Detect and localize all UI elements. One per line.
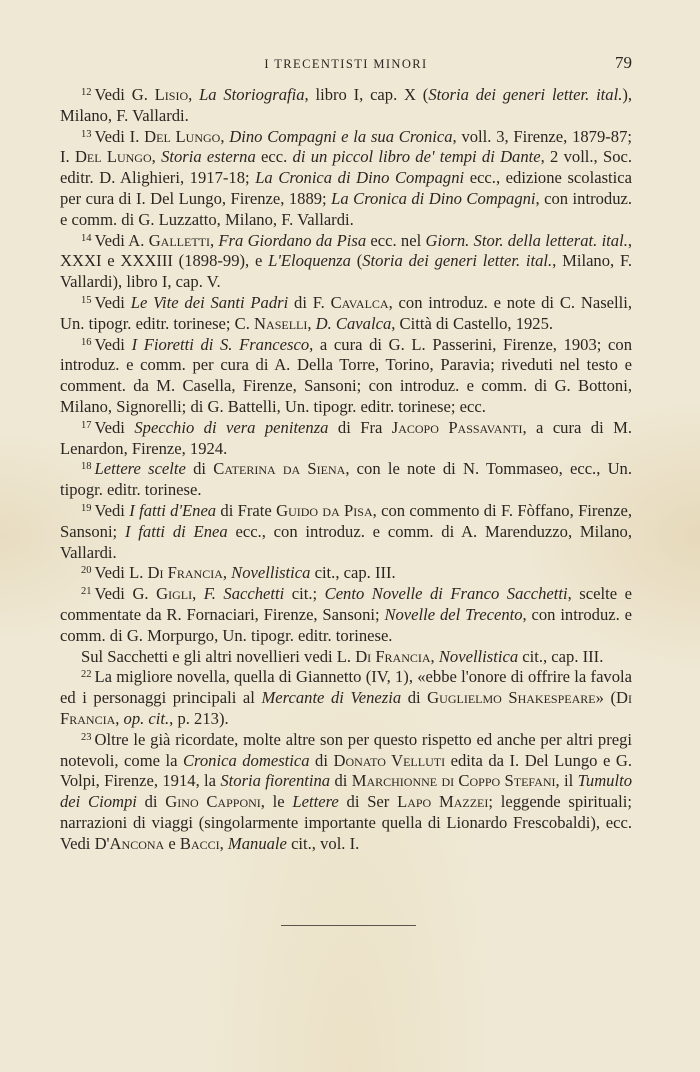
footnote-number: 13 [81, 129, 92, 140]
footnote-22: 22La migliore novella, quella di Giannet… [60, 667, 632, 729]
italic-title: Dino Compagni e la sua Cronica [229, 127, 452, 146]
footnote-number: 14 [81, 233, 92, 244]
author-name: Guglielmo Shakespeare [427, 688, 595, 707]
italic-title: Storia dei generi letter. ital. [362, 251, 552, 270]
italic-title: Storia fiorentina [220, 771, 330, 790]
text-run: , le [261, 792, 293, 811]
text-run: di [137, 792, 165, 811]
footnote-12: 12Vedi G. Lisio, La Storiografia, libro … [60, 85, 632, 127]
footnote-number: 12 [81, 87, 92, 98]
author-name: Ancona [110, 834, 165, 853]
italic-title: Storia dei generi letter. ital. [428, 85, 622, 104]
italic-title: op. cit. [124, 709, 170, 728]
text-run: di [401, 688, 427, 707]
italic-title: Novelle del Trecento [384, 605, 522, 624]
author-name: Naselli [254, 314, 307, 333]
italic-title: Cronica domestica [183, 751, 310, 770]
text-run: di Fra [328, 418, 391, 437]
italic-title: I fatti di Enea [125, 522, 228, 541]
text-run: di [330, 771, 352, 790]
text-run: , [188, 85, 199, 104]
footnote-number: 18 [81, 461, 92, 472]
text-run: , [115, 709, 123, 728]
footnote-number: 21 [81, 586, 92, 597]
footnotes: 12Vedi G. Lisio, La Storiografia, libro … [60, 85, 632, 854]
italic-title: Le Vite dei Santi Padri [131, 293, 289, 312]
italic-title: di un piccol libro de' tempi di Dante [293, 147, 541, 166]
italic-title: F. Sacchetti [204, 584, 284, 603]
italic-title: Specchio di vera penitenza [134, 418, 328, 437]
text-run: cit.; [284, 584, 324, 603]
text-run: , p. 213). [169, 709, 228, 728]
text-run: cit., cap. III. [310, 563, 395, 582]
text-run: Vedi [95, 293, 131, 312]
text-run: ( [351, 251, 362, 270]
footnote-number: 17 [81, 420, 92, 431]
page-number: 79 [615, 53, 632, 73]
text-run: , [152, 147, 161, 166]
text-run: , Città di Castello, 1925. [391, 314, 553, 333]
author-name: Galletti [149, 231, 210, 250]
italic-title: D. Cavalca [316, 314, 392, 333]
footnote-14: 14Vedi A. Galletti, Fra Giordano da Pisa… [60, 231, 632, 293]
author-name: Caterina da Siena [213, 459, 345, 478]
text-run: e [164, 834, 180, 853]
text-run: Vedi L. [95, 563, 148, 582]
footnote-number: 16 [81, 337, 92, 348]
italic-title: I fatti d'Enea [129, 501, 216, 520]
footnote-number: 23 [81, 732, 92, 743]
text-run: » ( [596, 688, 616, 707]
author-name: Donato Velluti [333, 751, 445, 770]
text-run: , [192, 584, 204, 603]
footnote-21: 21Vedi G. Gigli, F. Sacchetti cit.; Cent… [60, 584, 632, 646]
italic-title: Lettere scelte [95, 459, 186, 478]
italic-title: La Cronica di Dino Compagni [255, 168, 464, 187]
footnote-19: 19Vedi I fatti d'Enea di Frate Guido da … [60, 501, 632, 563]
text-run: Vedi A. [95, 231, 149, 250]
text-run: Vedi [95, 501, 130, 520]
author-name: Gigli [156, 584, 192, 603]
author-name: Di Francia [148, 563, 223, 582]
book-page: I TRECENTISTI MINORI 79 12Vedi G. Lisio,… [0, 0, 700, 1072]
text-run: , libro I, cap. X ( [305, 85, 429, 104]
author-name: Gino Capponi [165, 792, 260, 811]
footnote-16: 16Vedi I Fioretti di S. Francesco, a cur… [60, 335, 632, 418]
footnote-number: 22 [81, 669, 92, 680]
text-run: ecc. [256, 147, 293, 166]
author-name: Del Lungo [144, 127, 220, 146]
footnote-number: 15 [81, 295, 92, 306]
italic-title: I Fioretti di S. Francesco [132, 335, 310, 354]
author-name: Guido da Pisa [276, 501, 373, 520]
italic-title: Storia esterna [161, 147, 256, 166]
author-name: Del Lungo [75, 147, 152, 166]
italic-title: L'Eloquenza [268, 251, 351, 270]
text-run: Vedi G. [95, 584, 157, 603]
text-run: , [220, 834, 228, 853]
text-run: , [431, 647, 439, 666]
author-name: Bacci [180, 834, 220, 853]
author-name: Jacopo Passavanti [392, 418, 523, 437]
running-title: I TRECENTISTI MINORI [60, 57, 632, 72]
text-run: Vedi I. [95, 127, 145, 146]
text-run: cit., vol. I. [287, 834, 359, 853]
footnote-17: 17Vedi Specchio di vera penitenza di Fra… [60, 418, 632, 460]
text-run: Sul Sacchetti e gli altri novellieri ved… [81, 647, 355, 666]
text-run: di F. [288, 293, 330, 312]
italic-title: Giorn. Stor. della letterat. ital. [425, 231, 627, 250]
text-run: di Frate [216, 501, 276, 520]
running-head: I TRECENTISTI MINORI 79 [60, 53, 632, 75]
italic-title: La Cronica di Dino Compagni [331, 189, 535, 208]
end-rule [281, 925, 416, 926]
text-run: di Ser [339, 792, 397, 811]
footnote-number: 20 [81, 565, 92, 576]
footnote-number: 19 [81, 503, 92, 514]
footnote-continuation: Sul Sacchetti e gli altri novellieri ved… [60, 647, 632, 668]
footnote-20: 20Vedi L. Di Francia, Novellistica cit.,… [60, 563, 632, 584]
author-name: Lapo Mazzei [397, 792, 488, 811]
author-name: Lisio [155, 85, 188, 104]
text-run: Vedi [95, 335, 132, 354]
footnote-13: 13Vedi I. Del Lungo, Dino Compagni e la … [60, 127, 632, 231]
italic-title: La Storiografia [199, 85, 304, 104]
italic-title: Fra Giordano da Pisa [218, 231, 366, 250]
italic-title: Cento Novelle di Franco Sacchetti [325, 584, 568, 603]
text-run: di [310, 751, 334, 770]
author-name: Di Francia [355, 647, 430, 666]
text-run: cit., cap. III. [518, 647, 603, 666]
text-run: , il [556, 771, 578, 790]
footnote-23: 23Oltre le già ricordate, molte altre so… [60, 730, 632, 855]
italic-title: Manuale [228, 834, 287, 853]
author-name: Cavalca [331, 293, 389, 312]
text-run: Vedi [95, 418, 135, 437]
footnote-18: 18Lettere scelte di Caterina da Siena, c… [60, 459, 632, 501]
text-run: , [223, 563, 231, 582]
text-run: di [186, 459, 213, 478]
text-run: , [220, 127, 229, 146]
italic-title: Novellistica [231, 563, 310, 582]
author-name: Marchionne di Coppo Stefani [352, 771, 556, 790]
italic-title: Novellistica [439, 647, 518, 666]
text-run: ecc. nel [366, 231, 425, 250]
italic-title: Mercante di Venezia [261, 688, 401, 707]
text-run: , [307, 314, 315, 333]
footnote-15: 15Vedi Le Vite dei Santi Padri di F. Cav… [60, 293, 632, 335]
text-run: Vedi G. [95, 85, 155, 104]
italic-title: Lettere [292, 792, 338, 811]
